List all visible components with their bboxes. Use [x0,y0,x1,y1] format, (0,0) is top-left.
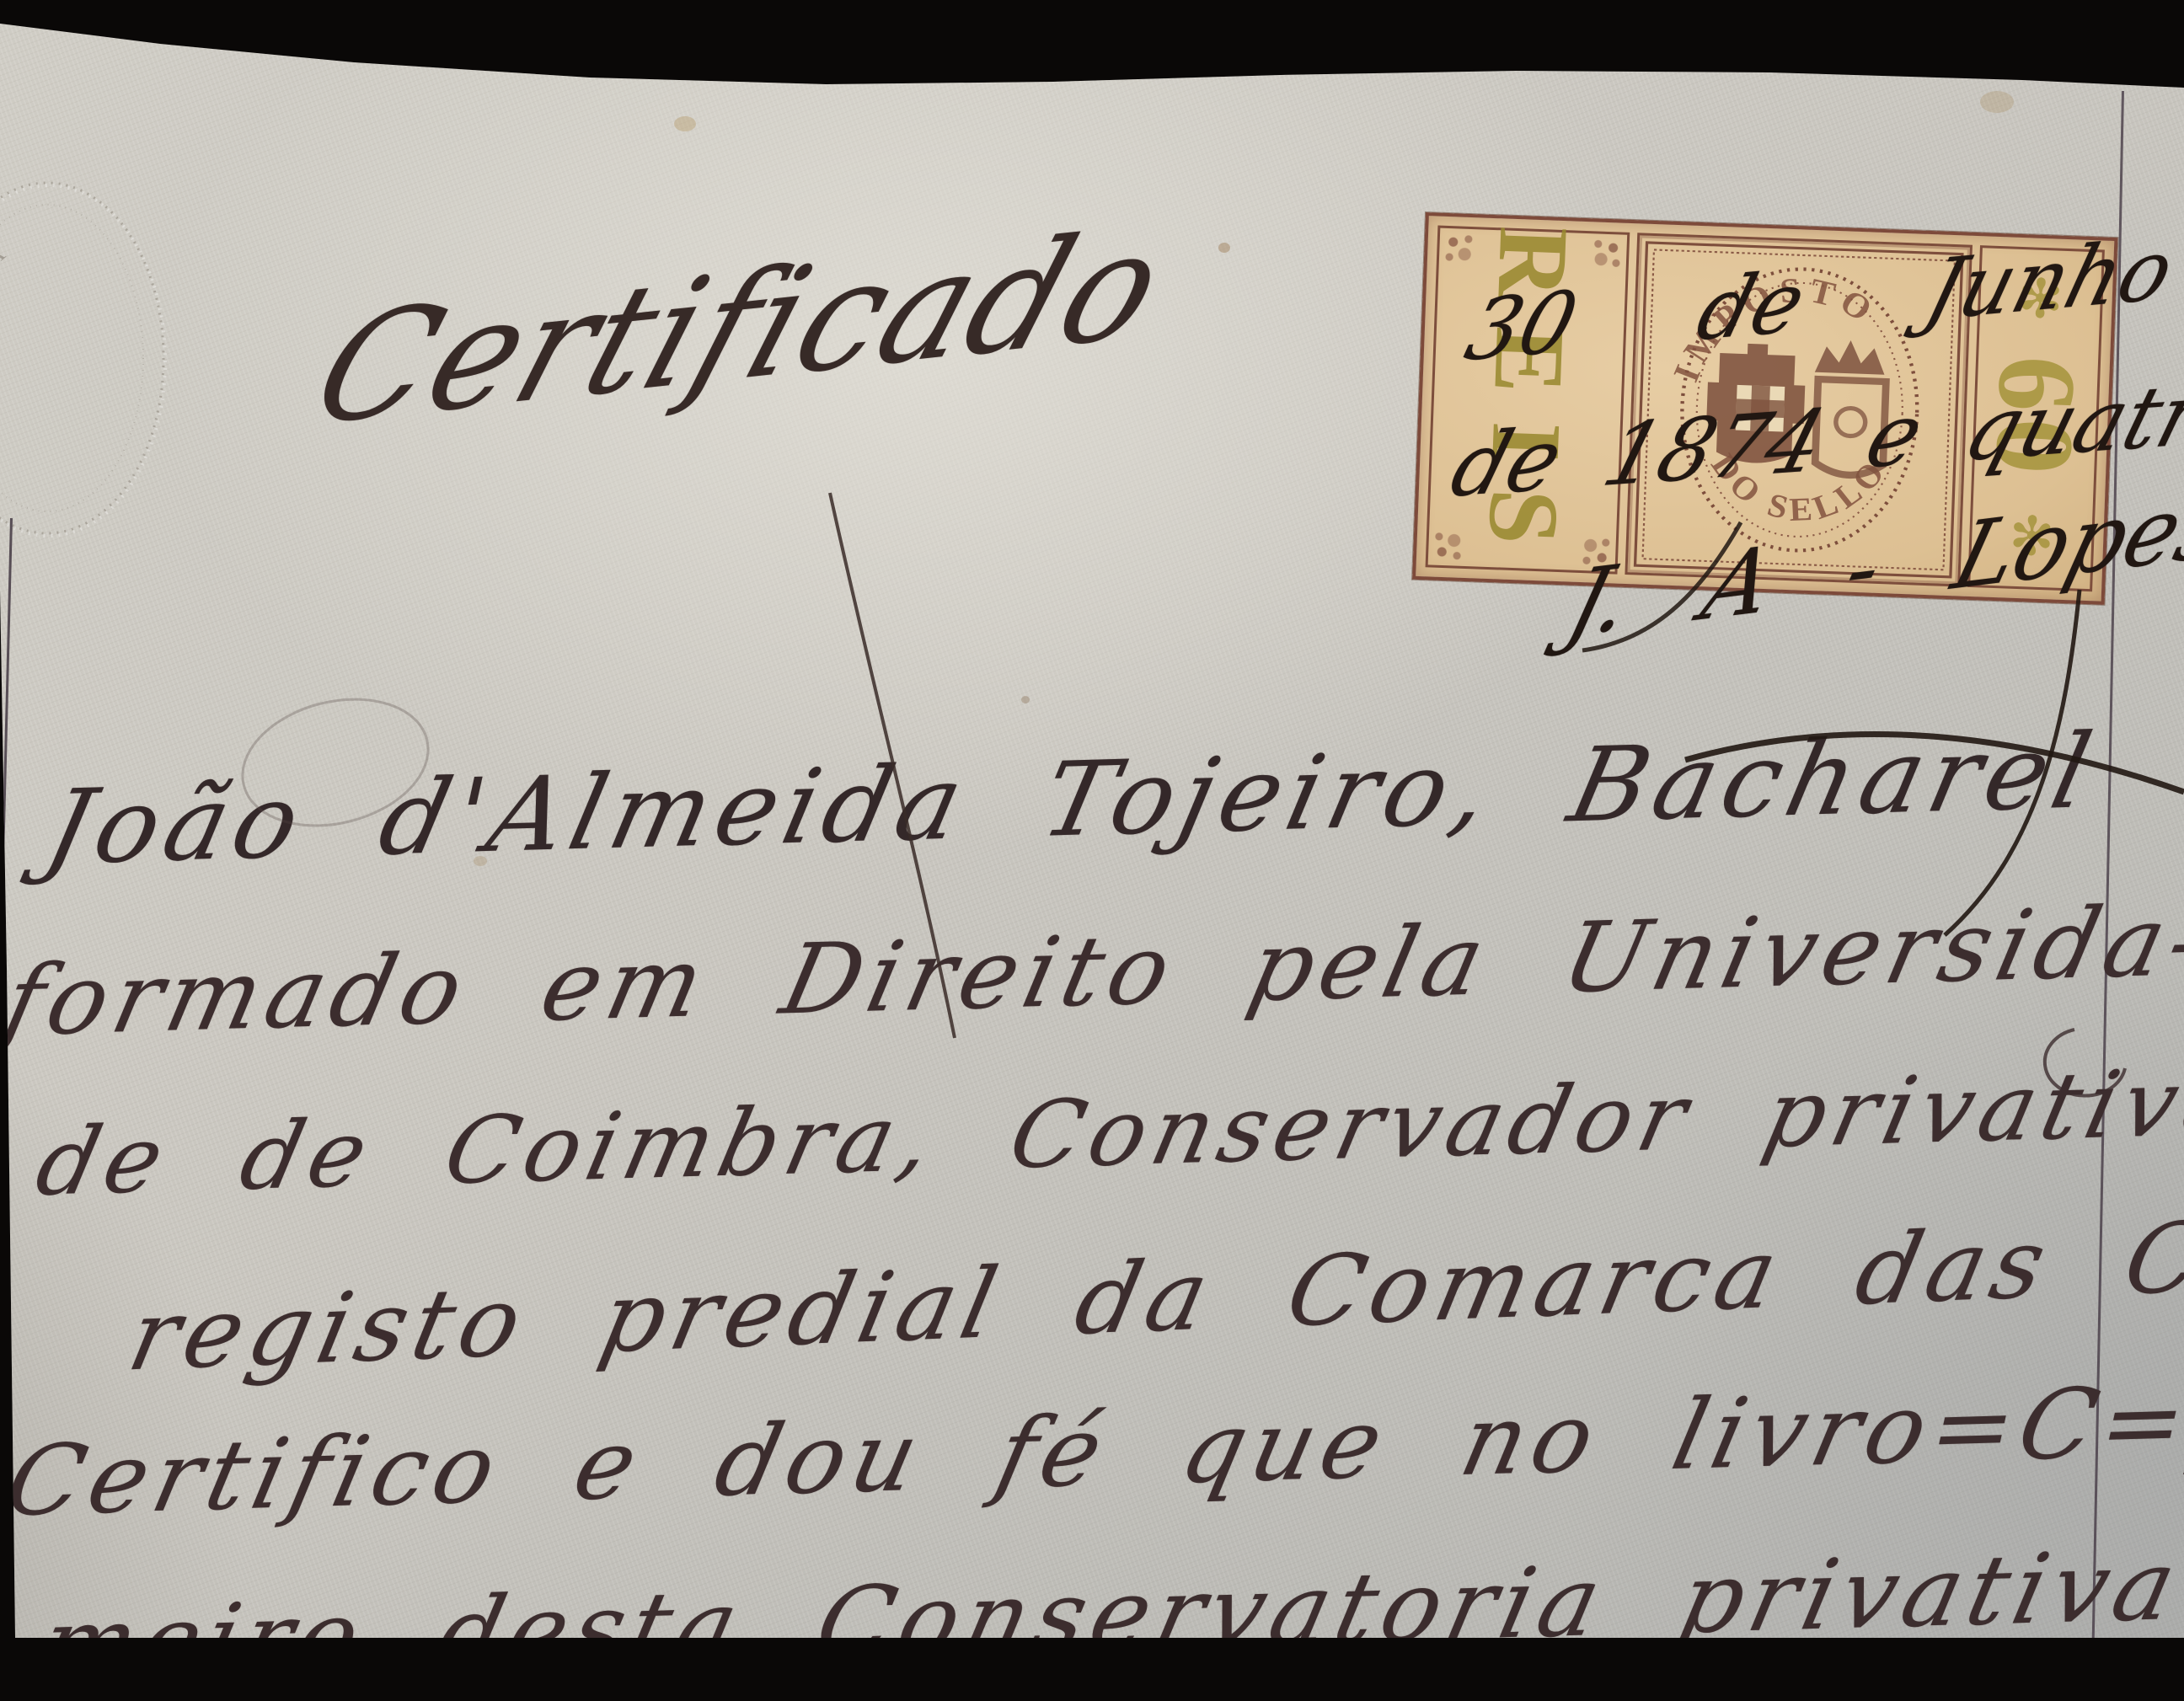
paper-stain [1218,243,1230,253]
handwriting-line-1: João d'Almeida Tojeiro, Bacharel [35,711,2107,887]
handwriting-line-4: registo predial da Comarca das Cuba [120,1194,2184,1393]
handwriting-line-2: formado em Direito pela Universida- [0,885,2184,1059]
handwriting-line-6: meiro desta Conservatoria privativa a [30,1526,2184,1638]
handwritten-title: Certificado [296,195,1186,459]
photograph-of-document: RIA DA Certificado REIS [0,0,2184,1638]
document-paper: RIA DA Certificado REIS [0,0,2184,1638]
left-margin-rule-line [0,518,13,1638]
paper-stain [1980,91,2014,113]
seal-arc-text: RIA DA [0,232,19,385]
paper-stain [674,116,696,131]
handwriting-line-3: de de Coimbra, Conservador privativo do [27,1041,2184,1216]
embossed-seal: RIA DA [0,168,175,548]
paper-stain [1021,696,1030,703]
handwriting-line-5: Certifico e dou fé que no livro=C=pri= [0,1358,2184,1538]
